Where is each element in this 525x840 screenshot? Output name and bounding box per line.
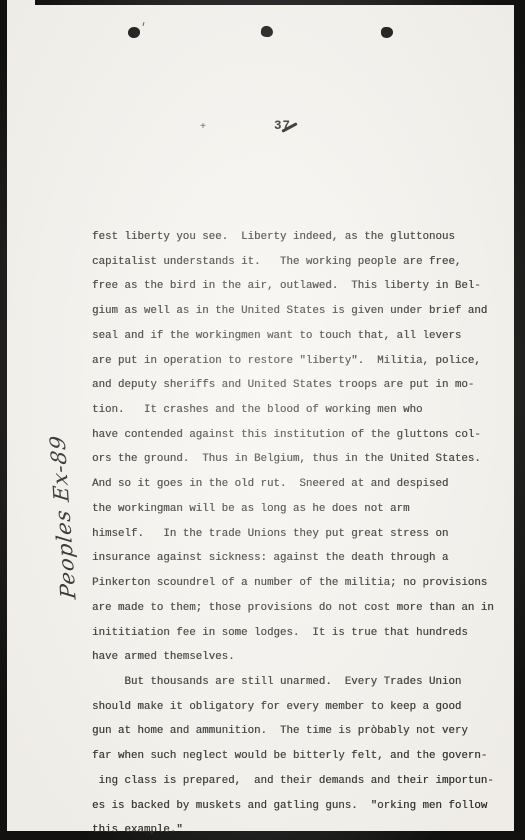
text-line: and deputy sheriffs and United States tr…	[92, 373, 504, 398]
scan-border-top	[35, 0, 525, 5]
ink-blot-dot	[128, 27, 140, 38]
ink-blot-dot	[381, 27, 393, 38]
text-line: gium as well as in the United States is …	[92, 299, 504, 324]
scan-border-right	[514, 0, 525, 840]
plus-mark: +	[200, 122, 206, 133]
text-line: are put in operation to restore "liberty…	[92, 349, 504, 374]
text-line: should make it obligatory for every memb…	[92, 695, 504, 720]
ink-blot-dot	[260, 25, 273, 38]
text-line: seal and if the workingmen want to touch…	[92, 324, 504, 349]
text-line: himself. In the trade Unions they put gr…	[92, 522, 504, 547]
text-line: fest liberty you see. Liberty indeed, as…	[92, 225, 504, 250]
text-line: this example."	[92, 818, 504, 840]
text-line: And so it goes in the old rut. Sneered a…	[92, 472, 504, 497]
text-line: inititiation fee in some lodges. It is t…	[92, 621, 504, 646]
text-line: Pinkerton scoundrel of a number of the m…	[92, 571, 504, 596]
text-line: ing class is prepared, and their demands…	[92, 769, 504, 794]
text-line: ors the ground. Thus in Belgium, thus in…	[92, 447, 504, 472]
text-line: are made to them; those provisions do no…	[92, 596, 504, 621]
exhibit-annotation: Peoples Ex-89	[51, 378, 75, 598]
text-line: far when such neglect would be bitterly …	[92, 744, 504, 769]
scan-border-left	[0, 0, 7, 840]
text-line: have contended against this institution …	[92, 423, 504, 448]
text-line: have armed themselves.	[92, 645, 504, 670]
text-line: free as the bird in the air, outlawed. T…	[92, 274, 504, 299]
text-line: capitalist understands it. The working p…	[92, 250, 504, 275]
text-line: gun at home and ammunition. The time is …	[92, 719, 504, 744]
text-line: tion. It crashes and the blood of workin…	[92, 398, 504, 423]
text-line: insurance against sickness: against the …	[92, 546, 504, 571]
text-line: But thousands are still unarmed. Every T…	[92, 670, 504, 695]
text-line: es is backed by muskets and gatling guns…	[92, 794, 504, 819]
exhibit-annotation-text: Peoples Ex-89	[45, 434, 80, 600]
text-line: the workingman will be as long as he doe…	[92, 497, 504, 522]
typewritten-text: fest liberty you see. Liberty indeed, as…	[92, 225, 504, 840]
document-page: + 37 Peoples Ex-89 fest liberty you see.…	[0, 0, 525, 840]
